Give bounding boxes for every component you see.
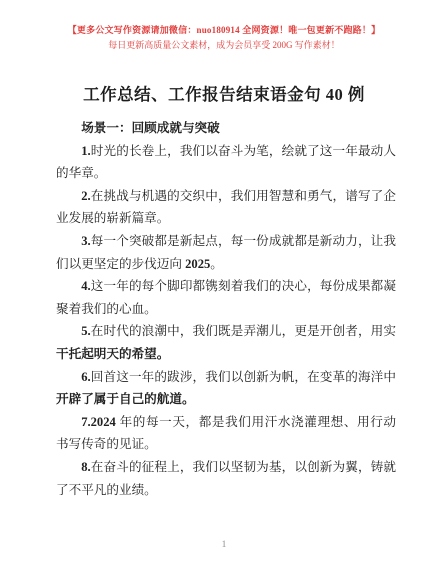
- page-title: 工作总结、工作报告结束语金句 40 例: [0, 85, 448, 105]
- text-segment: 在挑战与机遇的交织中，我们用智慧和勇气，谱写了企业发展的崭新篇章。: [56, 189, 396, 226]
- list-item: 1.时光的长卷上，我们以奋斗为笔，绘就了这一年最动人的华章。: [56, 140, 396, 185]
- text-segment: 。: [210, 257, 223, 271]
- list-item: 4.这一年的每个脚印都镌刻着我们的决心，每份成果都凝聚着我们的心血。: [56, 275, 396, 320]
- text-segment: 每一个突破都是新起点，每一份成就都是新动力，让我们以更坚定的步伐迈向: [56, 234, 396, 271]
- text-segment: 6.: [81, 370, 90, 384]
- text-segment: 开辟了属于自己的航道。: [56, 392, 195, 406]
- section-heading: 场景一：回顾成就与突破: [56, 117, 396, 140]
- text-segment: 3.: [81, 234, 90, 248]
- text-segment: 在奋斗的征程上，我们以坚韧为基，以创新为翼，铸就了不平凡的业绩。: [56, 460, 396, 497]
- text-segment: 7.2024: [81, 415, 116, 429]
- promo-header: 【更多公文写作资源请加微信：nuo180914 全网资源！唯一包更新不跑路！】 …: [0, 0, 448, 52]
- text-segment: 在时代的浪潮中，我们既是弄潮儿，更是开创者，用实: [91, 324, 396, 338]
- text-segment: 时光的长卷上，我们以奋斗为笔，绘就了这一年最动人的华章。: [56, 144, 396, 181]
- text-segment: 这一年的每个脚印都镌刻着我们的决心，每份成果都凝聚着我们的心血。: [56, 279, 396, 316]
- document-page: { "header": { "line1": "【更多公文写作资源请加微信：nu…: [0, 0, 448, 580]
- list-item: 7.2024 年的每一天，都是我们用汗水浇灌理想、用行动书写传奇的见证。: [56, 411, 396, 456]
- text-segment: 1.: [81, 144, 90, 158]
- page-number: 1: [0, 540, 448, 550]
- text-segment: 回首这一年的跋涉，我们以创新为帆，在变革的海洋中: [91, 370, 396, 384]
- document-body: 场景一：回顾成就与突破 1.时光的长卷上，我们以奋斗为笔，绘就了这一年最动人的华…: [56, 117, 396, 501]
- text-segment: 2025: [185, 257, 210, 271]
- list-item: 5.在时代的浪潮中，我们既是弄潮儿，更是开创者，用实干托起明天的希望。: [56, 320, 396, 365]
- text-segment: 干托起明天的希望。: [56, 347, 169, 361]
- list-item: 8.在奋斗的征程上，我们以坚韧为基，以创新为翼，铸就了不平凡的业绩。: [56, 456, 396, 501]
- promo-header-line2: 每日更新高质量公文素材，成为会员享受 200G 写作素材！: [0, 38, 448, 52]
- text-segment: 2.: [81, 189, 90, 203]
- text-segment: 8.: [81, 460, 90, 474]
- text-segment: 4.: [81, 279, 90, 293]
- list-item: 2.在挑战与机遇的交织中，我们用智慧和勇气，谱写了企业发展的崭新篇章。: [56, 185, 396, 230]
- promo-header-line1: 【更多公文写作资源请加微信：nuo180914 全网资源！唯一包更新不跑路！】: [0, 23, 448, 38]
- paragraph-list: 1.时光的长卷上，我们以奋斗为笔，绘就了这一年最动人的华章。2.在挑战与机遇的交…: [56, 140, 396, 502]
- list-item: 3.每一个突破都是新起点，每一份成就都是新动力，让我们以更坚定的步伐迈向 202…: [56, 230, 396, 275]
- text-segment: 5.: [81, 324, 90, 338]
- list-item: 6.回首这一年的跋涉，我们以创新为帆，在变革的海洋中开辟了属于自己的航道。: [56, 366, 396, 411]
